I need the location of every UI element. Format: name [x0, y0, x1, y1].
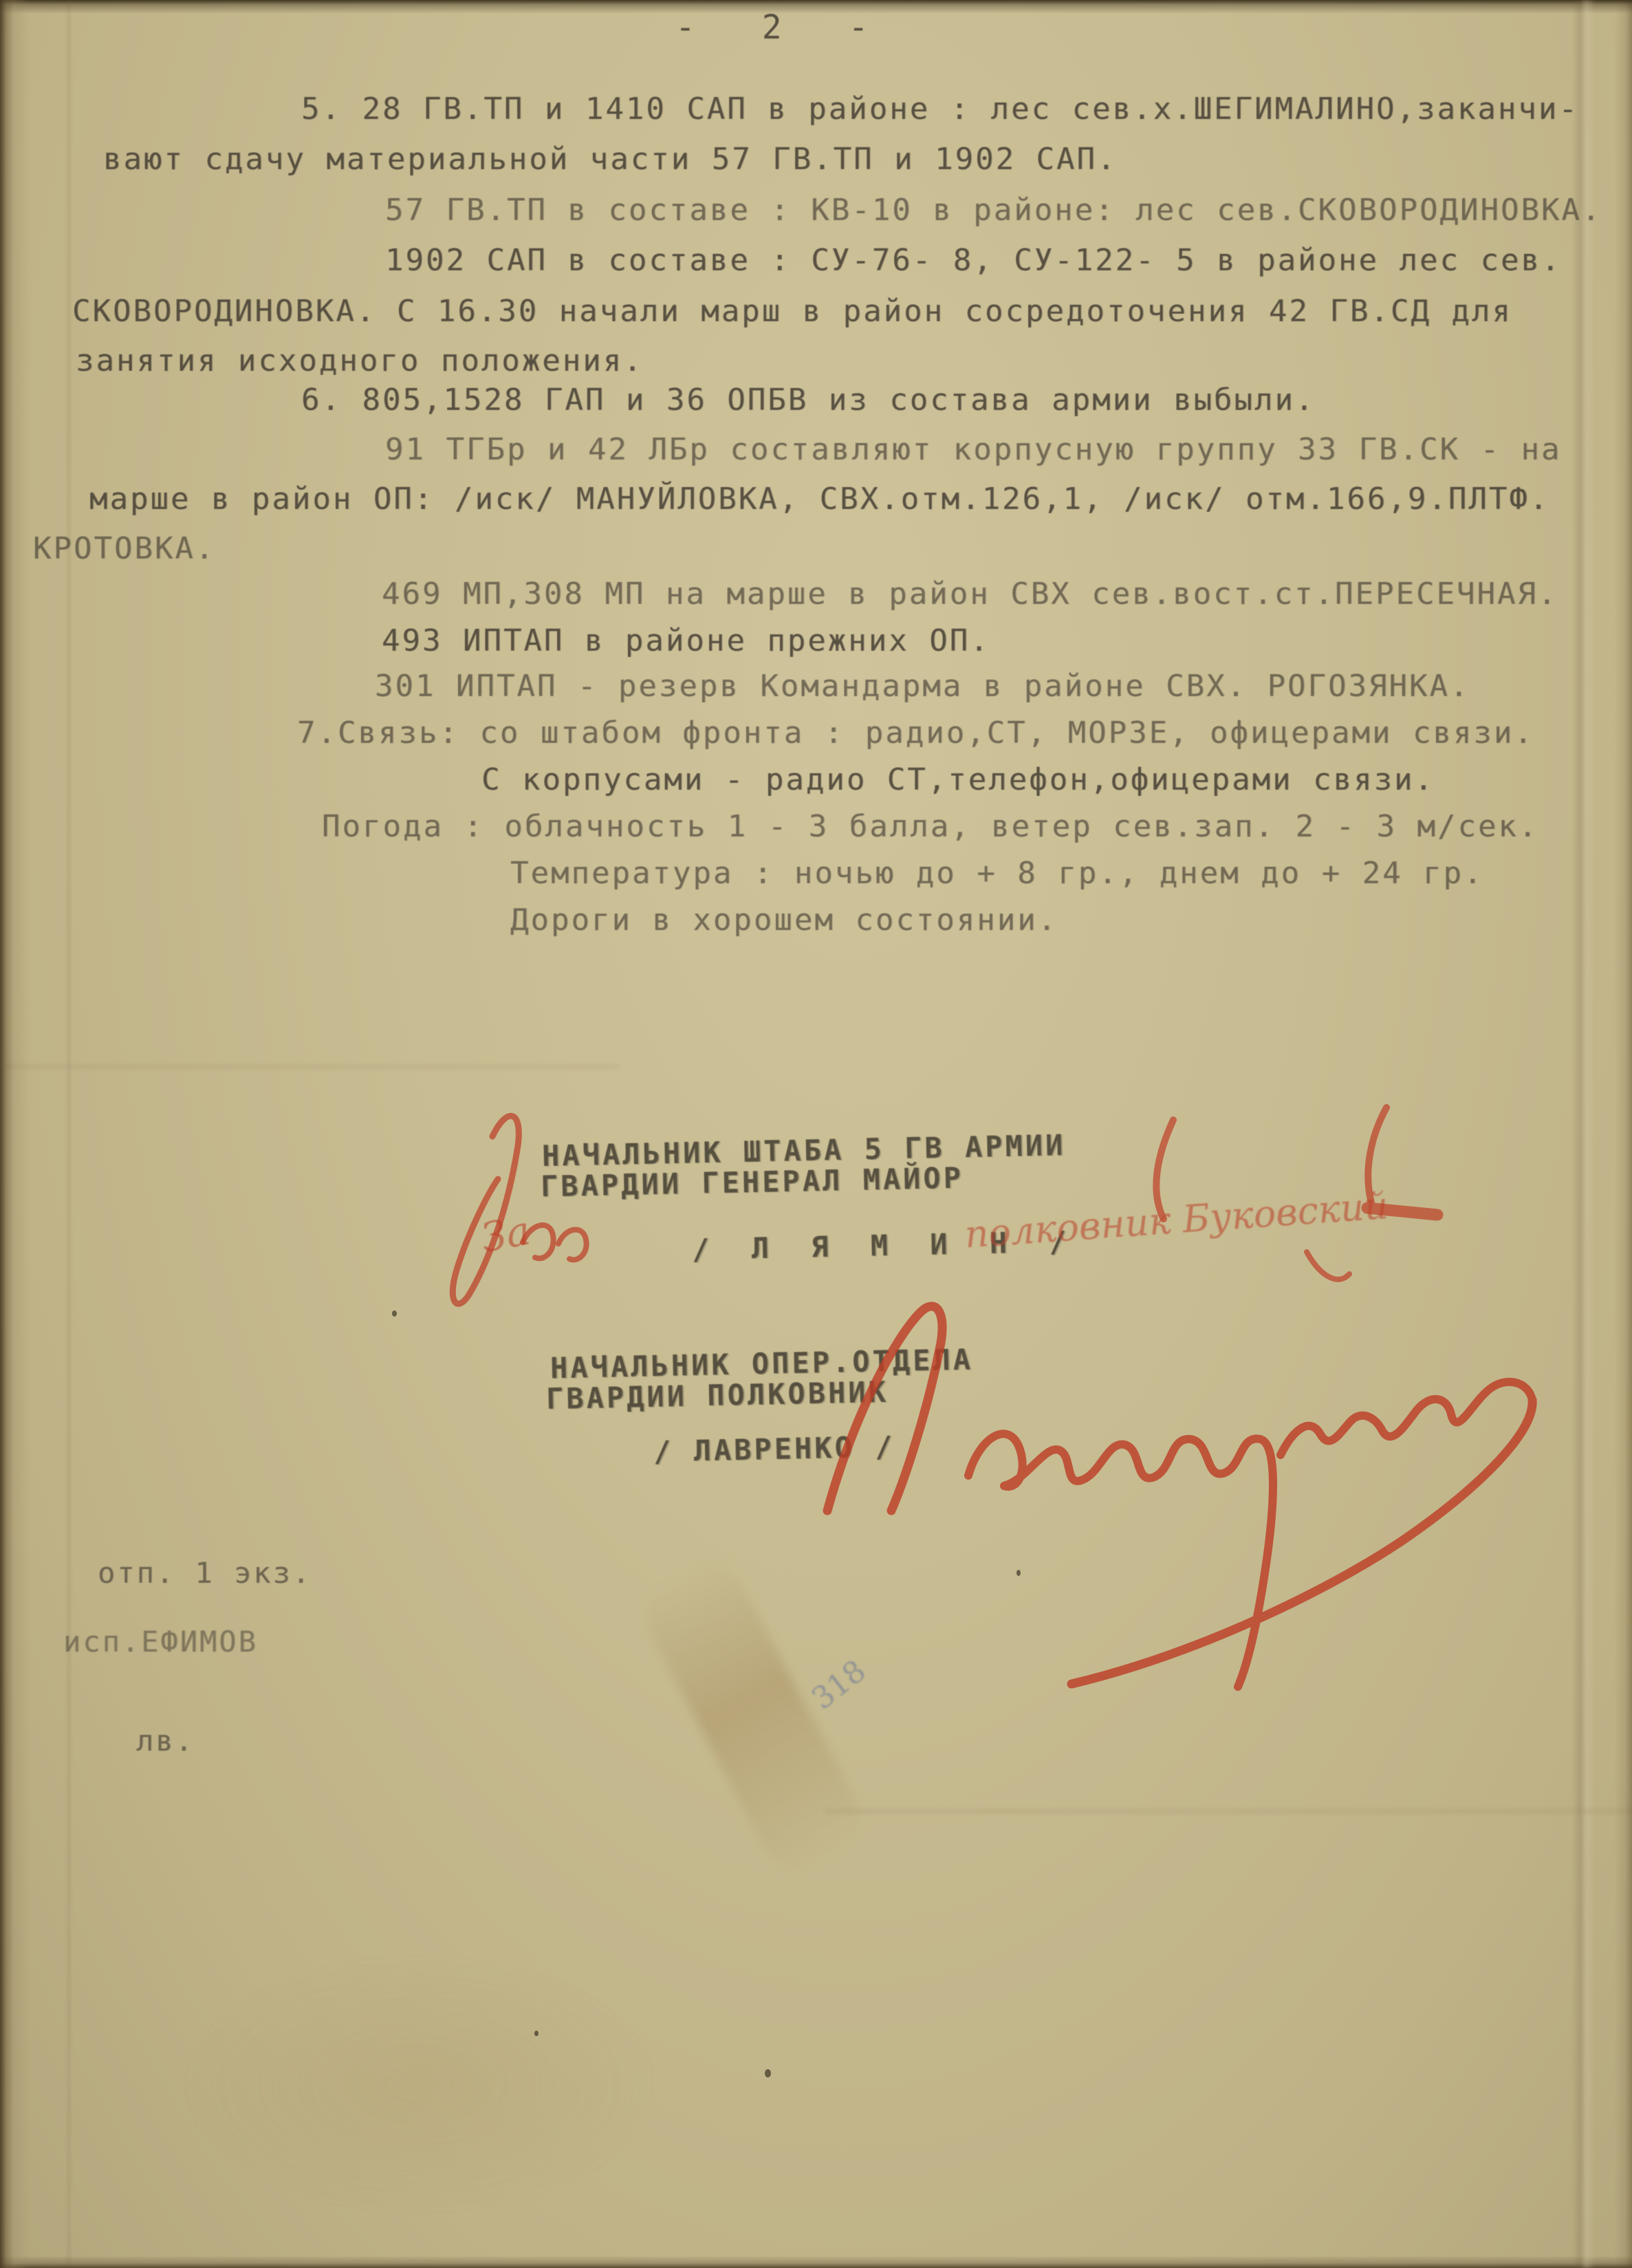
horizontal-crease-lower [825, 1809, 1632, 1813]
typed-line: 469 МП,308 МП на марше в район СВХ сев.в… [382, 576, 1558, 612]
stain-soft [179, 1954, 660, 2215]
vertical-crease-right [1572, 0, 1596, 2268]
typed-line: 6. 805,1528 ГАП и 36 ОПБВ из состава арм… [301, 382, 1316, 418]
ink-speck [392, 1310, 397, 1317]
typed-line: Дороги в хорошем состоянии. [510, 903, 1058, 938]
typed-line: 7.Связь: со штабом фронта : радио,СТ, МО… [297, 715, 1534, 750]
typed-line: 493 ИПТАП в районе прежних ОП. [382, 623, 990, 658]
typed-line: Погода : облачность 1 - 3 балла, ветер с… [322, 809, 1538, 844]
scanned-document-page: - 2 - 5. 28 ГВ.ТП и 1410 САП в районе : … [0, 0, 1632, 2268]
copies-note: отп. 1 экз. [98, 1556, 312, 1590]
vertical-crease-left [67, 0, 70, 2268]
executor-note: исп.ЕФИМОВ [63, 1625, 258, 1659]
typed-line: 1902 САП в составе : СУ-76- 8, СУ-122- 5… [385, 243, 1561, 278]
typed-line: 57 ГВ.ТП в составе : КВ-10 в районе: лес… [385, 193, 1602, 228]
typed-line: Температура : ночью до + 8 гр., днем до … [510, 856, 1484, 891]
typed-line: С корпусами - радио СТ,телефон,офицерами… [481, 762, 1435, 797]
sig2-title-line2: ГВАРДИИ ПОЛКОВНИК [546, 1375, 889, 1416]
typed-line: КРОТОВКА. [33, 531, 215, 566]
page-number: - 2 - [675, 8, 892, 47]
sig2-name-line: / ЛАВРЕНКО / [653, 1429, 895, 1468]
stain-streak [631, 1549, 874, 1883]
typed-line: вают сдачу материальной части 57 ГВ.ТП и… [103, 142, 1118, 177]
ink-speck [765, 2069, 771, 2077]
typed-line: занятия исходного положения. [76, 343, 644, 378]
ink-speck [1016, 1570, 1021, 1576]
typed-line: 301 ИПТАП - резерв Командарма в районе С… [375, 669, 1470, 704]
typist-initials: лв. [136, 1724, 195, 1758]
typed-line: 91 ТГБр и 42 ЛБр составляют корпусную гр… [385, 432, 1561, 467]
ink-speck [534, 2031, 538, 2036]
archive-mark: 318 [805, 1654, 873, 1717]
handwritten-za-note: За [478, 1207, 534, 1261]
typed-line: марше в район ОП: /иск/ МАНУЙЛОВКА, СВХ.… [89, 482, 1549, 517]
typed-line: СКОВОРОДИНОВКА. С 16.30 начали марш в ра… [72, 294, 1512, 329]
handwritten-bukovsky-note: полковник Буковский [964, 1184, 1390, 1257]
typed-line: 5. 28 ГВ.ТП и 1410 САП в районе : лес се… [301, 91, 1579, 127]
horizontal-crease-upper [0, 1065, 619, 1068]
